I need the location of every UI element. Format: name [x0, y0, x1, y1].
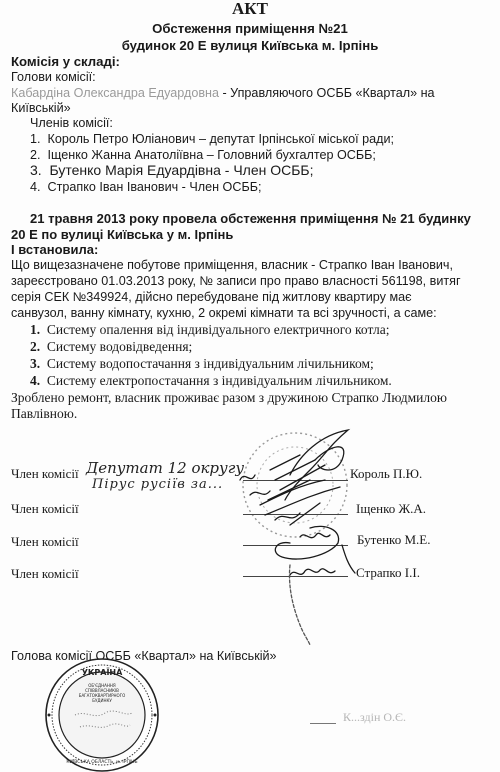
svg-text:КИЇВСЬКА ОБЛАСТЬ, м. ІРПІНЬ: КИЇВСЬКА ОБЛАСТЬ, м. ІРПІНЬ	[66, 758, 137, 765]
members-heading: Членів комісії:	[30, 116, 113, 131]
chair-line-2: Київській»	[11, 101, 71, 116]
handwritten-note-1: Депутат 12 округу	[86, 459, 244, 477]
chair-signature-name: К...здін О.Є.	[343, 710, 406, 725]
document-subtitle-2: будинок 20 Е вулиця Київська м. Ірпінь	[0, 38, 500, 53]
system-item-4: 4. Систему електропостачання з індивідуа…	[30, 373, 392, 388]
inspection-line-2: 20 Е по вулиці Київська у м. Ірпінь	[11, 227, 233, 242]
scanned-document-page: АКТ Обстеження приміщення №21 будинок 20…	[0, 0, 500, 772]
signature-role-1: Член комісії	[11, 466, 79, 481]
system-item-2: 2. Систему водовідведення;	[30, 339, 192, 354]
system-item-1: 1. Систему опалення від індивідуального …	[30, 322, 390, 337]
body-line-3: серія СЕК №349924, дійсно перебудоване п…	[11, 290, 412, 305]
chair-line-1: Кабардіна Олександра Едуардовна - Управл…	[11, 86, 435, 101]
chair-signature-line	[310, 723, 336, 724]
ossb-round-stamp: УКРАЇНА ОБ'ЄДНАННЯ СПІВВЛАСНИКІВ БАГАТОК…	[40, 655, 165, 772]
handwritten-signatures	[230, 425, 370, 645]
system-item-3: 3. Систему водопостачання з індивідуальн…	[30, 356, 374, 371]
signature-role-3: Член комісії	[11, 534, 79, 549]
svg-text:БУДИНКУ: БУДИНКУ	[92, 698, 112, 703]
member-item-3: 3. Бутенко Марія Едуардівна - Член ОСББ;	[30, 163, 314, 178]
chair-name-faded: Кабардіна Олександра Едуардовна	[11, 86, 219, 100]
member-item-1: 1. Король Петро Юліанович – депутат Ірпі…	[30, 132, 394, 147]
member-item-2: 2. Іщенко Жанна Анатоліївна – Головний б…	[30, 148, 376, 163]
chair-heading: Голови комісії:	[11, 70, 96, 85]
svg-text:УКРАЇНА: УКРАЇНА	[82, 667, 123, 677]
body-line-4: санвузол, ванну кімнату, кухню, 2 окремі…	[11, 306, 437, 321]
body-line-2: зареєстровано 01.03.2013 року, № записи …	[11, 274, 461, 289]
signature-role-4: Член комісії	[11, 566, 79, 581]
closing-line-1: Зроблено ремонт, власник проживає разом …	[11, 390, 447, 405]
body-line-1: Що вищезазначене побутове приміщення, вл…	[11, 258, 453, 273]
inspection-line-1: 21 травня 2013 року провела обстеження п…	[30, 211, 471, 226]
document-subtitle-1: Обстеження приміщення №21	[0, 21, 500, 36]
member-item-4: 4. Страпко Іван Іванович - Член ОСББ;	[30, 180, 261, 195]
handwritten-note-2: Пірус русіїв за...	[92, 477, 223, 492]
document-title: АКТ	[0, 1, 500, 16]
commission-heading: Комісія у складі:	[11, 54, 120, 69]
chair-role: - Управляючого ОСББ «Квартал» на	[219, 86, 435, 100]
signature-role-2: Член комісії	[11, 501, 79, 516]
established-heading: І встановила:	[11, 242, 98, 257]
closing-line-2: Павлівною.	[11, 406, 77, 421]
